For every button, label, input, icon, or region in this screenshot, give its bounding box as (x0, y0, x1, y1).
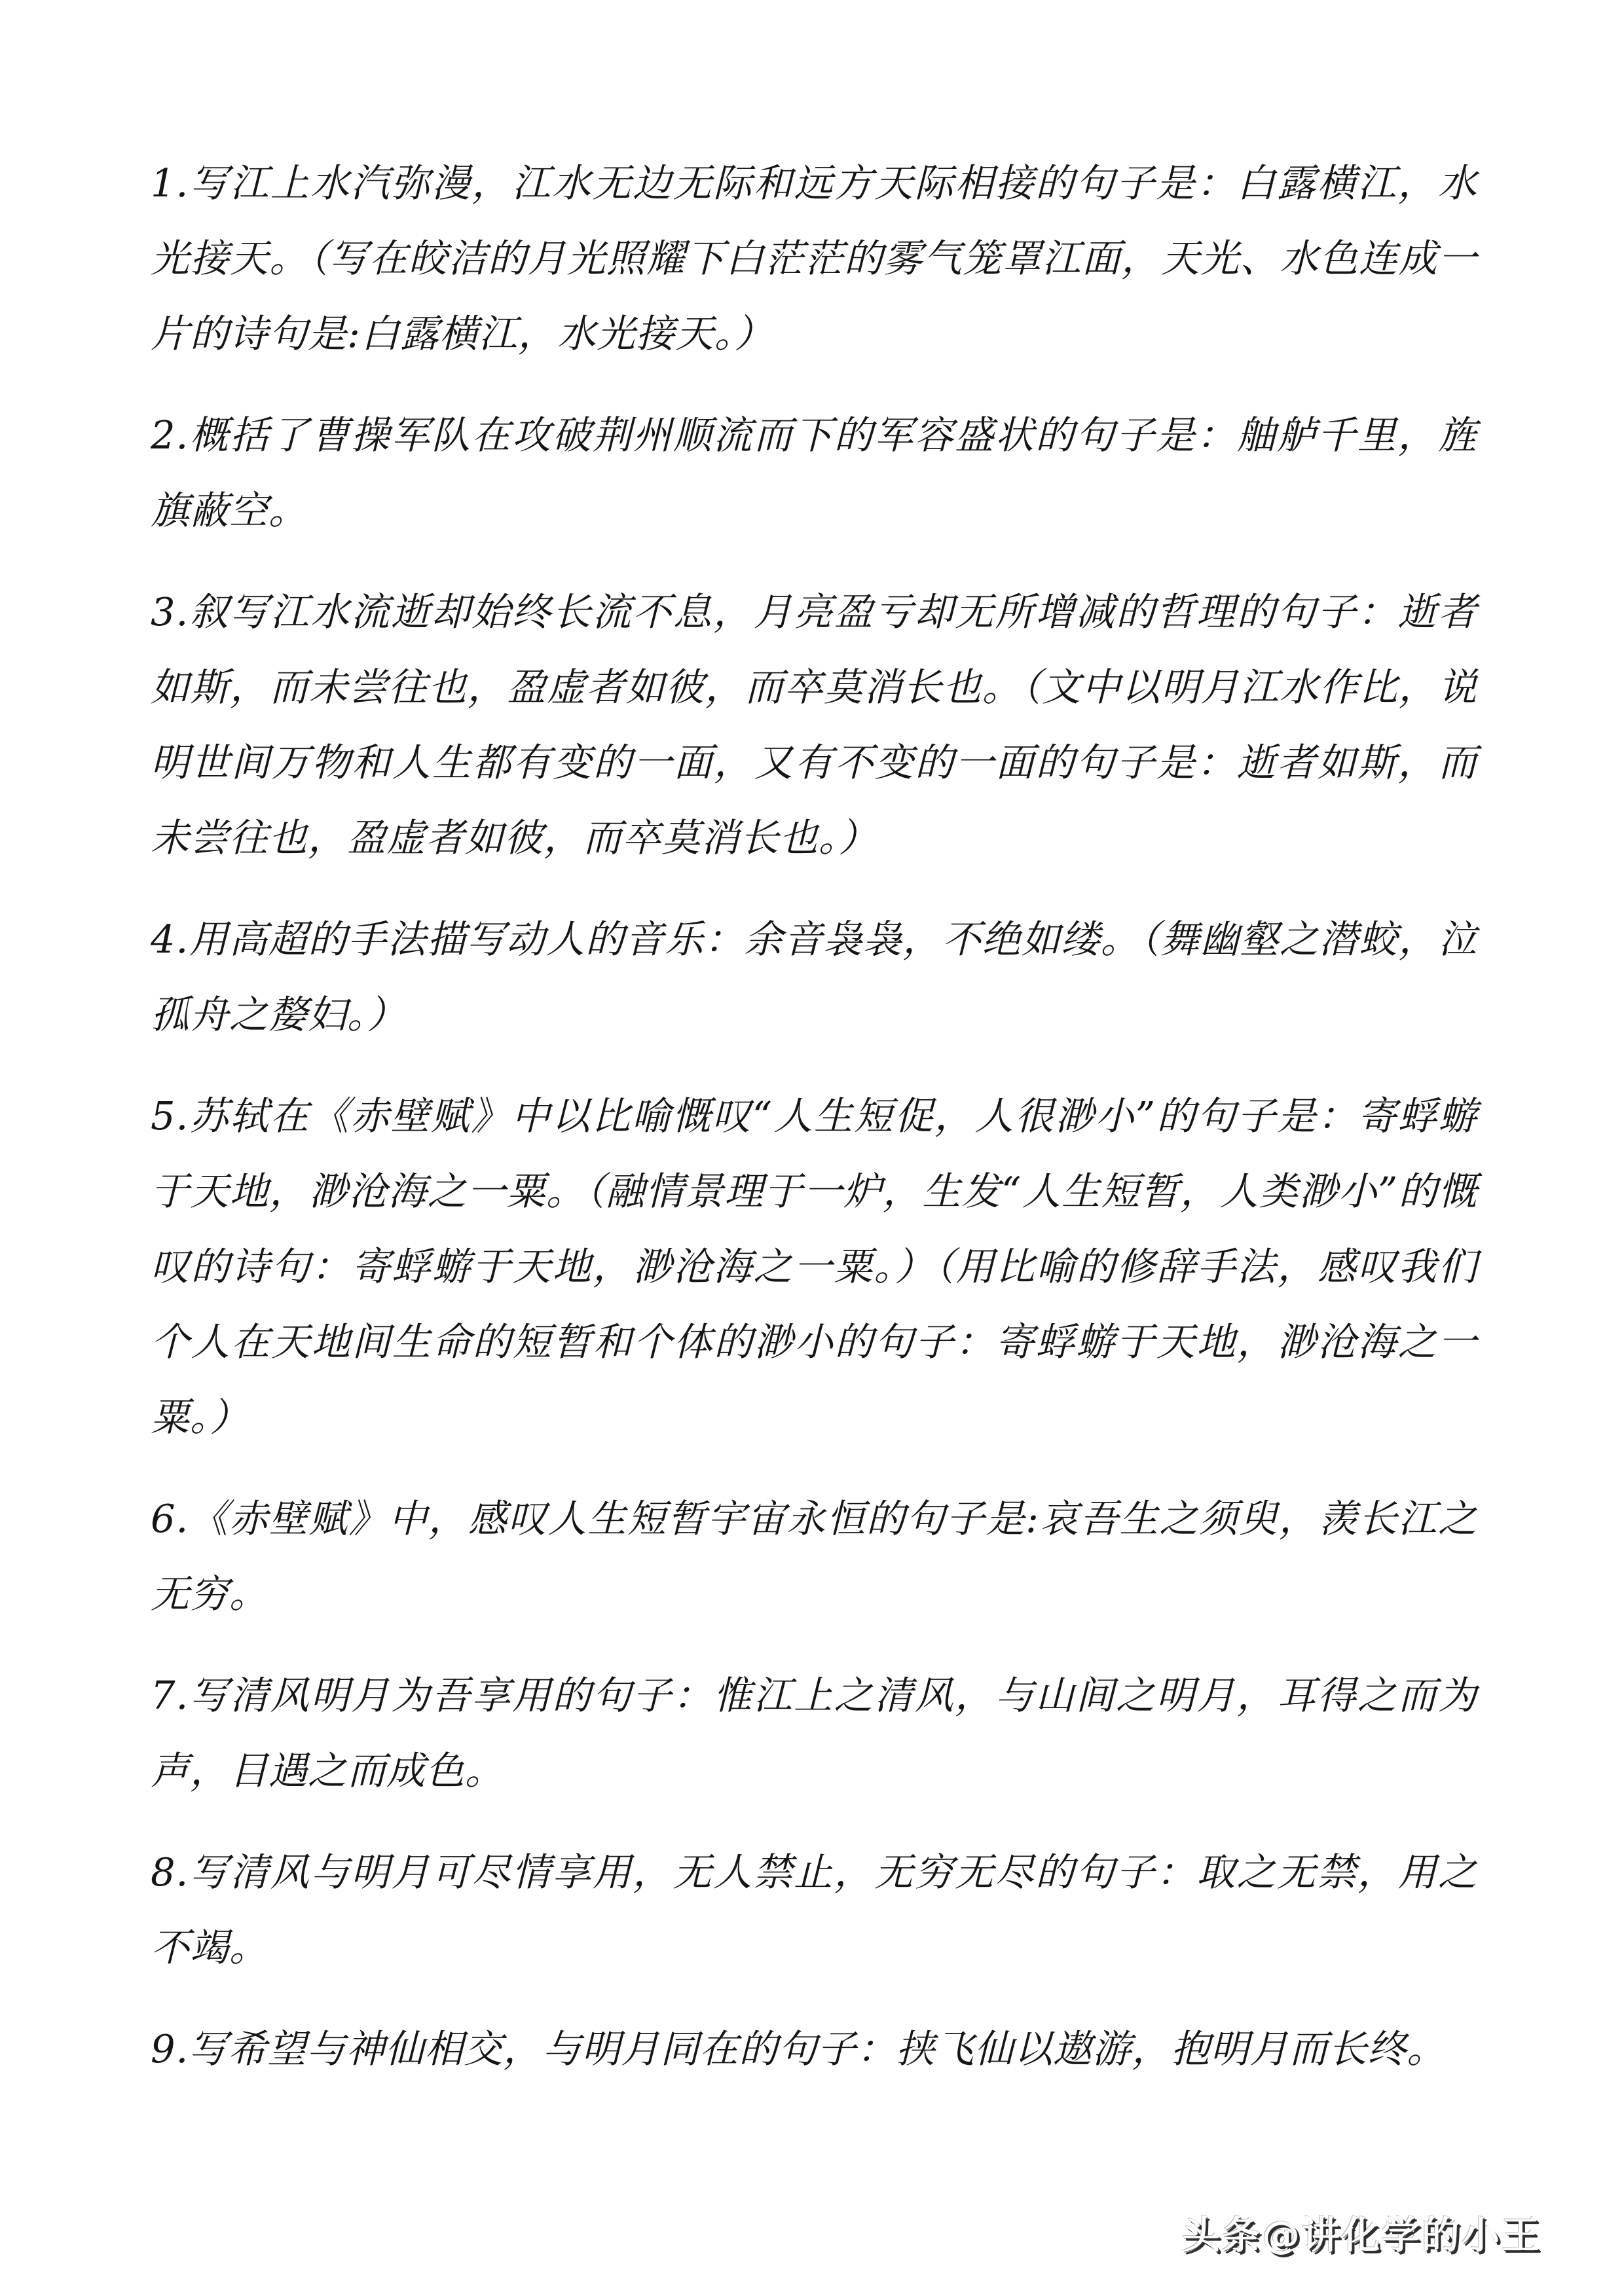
list-item-5: 5.苏轼在《赤壁赋》中以比喻慨叹“人生短促，人很渺小”的句子是：寄蜉蝣于天地，渺… (151, 1078, 1477, 1455)
watermark: 头条@讲化学的小王 (1182, 2215, 1541, 2255)
list-item-2: 2.概括了曹操军队在攻破荆州顺流而下的军容盛状的句子是：舳舻千里，旌旗蔽空。 (151, 397, 1477, 548)
list-item-9: 9.写希望与神仙相交，与明月同在的句子：挟飞仙以遨游，抱明月而长终。 (151, 2011, 1477, 2086)
list-item-7: 7.写清风明月为吾享用的句子：惟江上之清风，与山间之明月，耳得之而为声，目遇之而… (151, 1658, 1477, 1808)
list-item-3: 3.叙写江水流逝却始终长流不息，月亮盈亏却无所增减的哲理的句子：逝者如斯，而未尝… (151, 574, 1477, 875)
list-item-1: 1.写江上水汽弥漫，江水无边无际和远方天际相接的句子是：白露横江，水光接天。（写… (151, 145, 1477, 371)
list-item-6: 6.《赤壁赋》中，感叹人生短暂宇宙永恒的句子是:哀吾生之须臾，羡长江之无穷。 (151, 1481, 1477, 1631)
document-page: 1.写江上水汽弥漫，江水无边无际和远方天际相接的句子是：白露横江，水光接天。（写… (151, 145, 1477, 2086)
list-item-8: 8.写清风与明月可尽情享用，无人禁止，无穷无尽的句子：取之无禁，用之不竭。 (151, 1834, 1477, 1985)
list-item-4: 4.用高超的手法描写动人的音乐：余音袅袅，不绝如缕。（舞幽壑之潜蛟，泣孤舟之嫠妇… (151, 902, 1477, 1052)
